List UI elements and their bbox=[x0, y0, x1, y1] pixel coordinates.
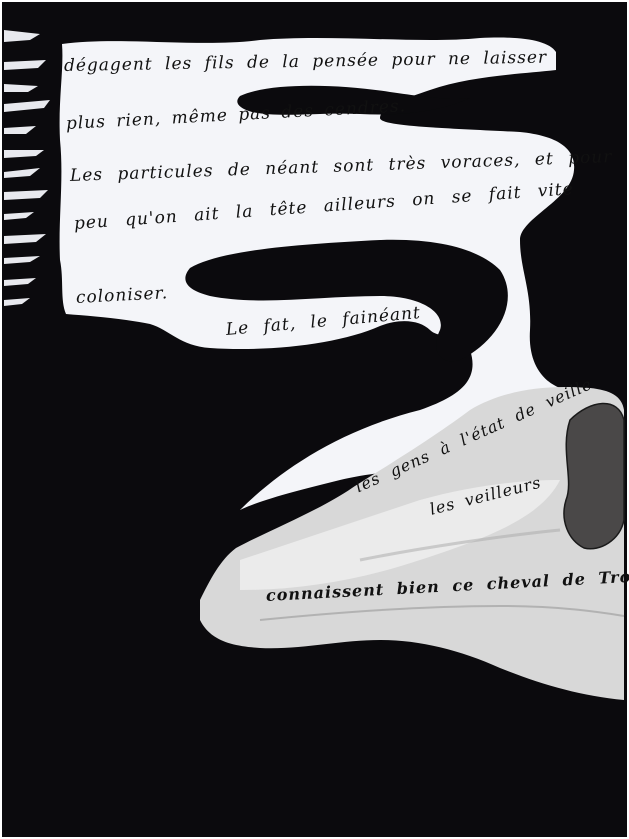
artwork-canvas: dégagent les fils de la pensée pour ne l… bbox=[0, 0, 629, 839]
left-brush-streaks bbox=[4, 30, 50, 306]
dark-wash-blot bbox=[564, 403, 624, 548]
